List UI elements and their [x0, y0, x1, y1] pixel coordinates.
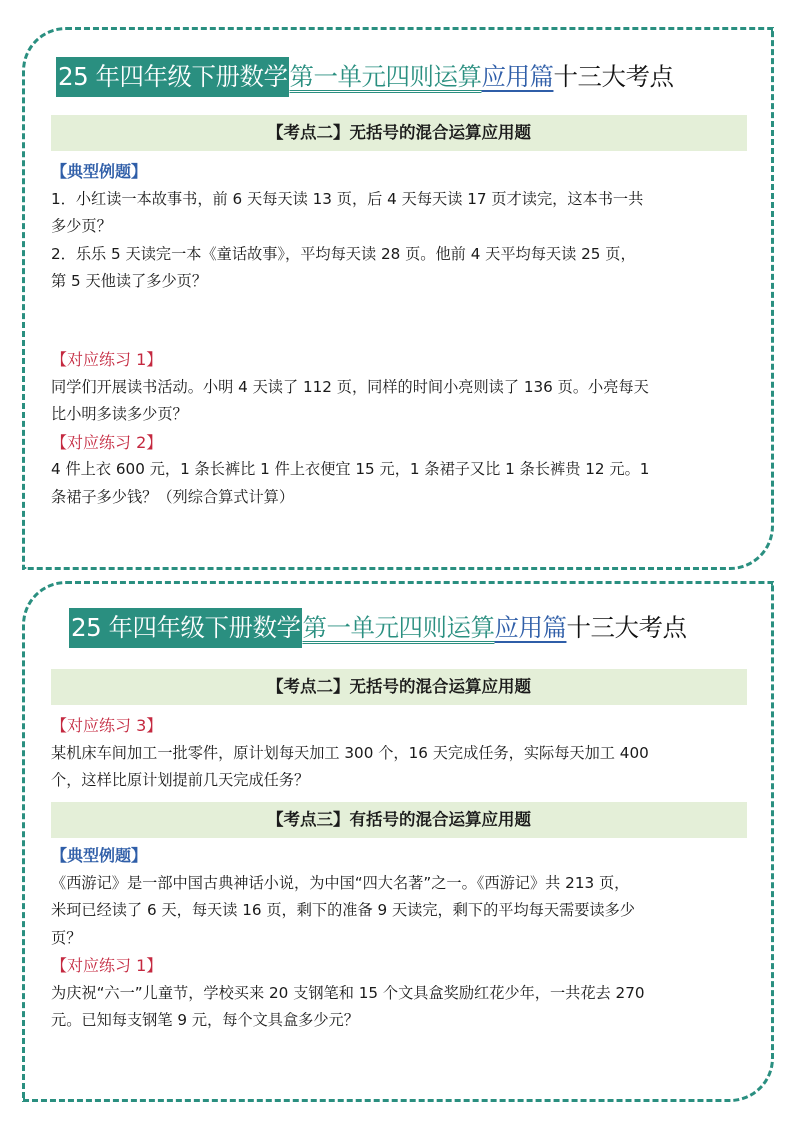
page-title: 25 年四年级下册数学第一单元四则运算应用篇十三大考点: [56, 57, 673, 97]
practice-1-label: 【对应练习 1】: [51, 346, 751, 374]
example-line: 页？: [51, 925, 751, 953]
title-highlight: 25 年四年级下册数学: [56, 57, 289, 97]
example-label: 【典型例题】: [51, 158, 751, 186]
practice-3-label: 【对应练习 3】: [51, 712, 751, 740]
title-application: 应用篇: [494, 613, 566, 642]
practice-line: 元。已知每支钢笔 9 元，每个文具盒多少元？: [51, 1007, 751, 1035]
title-unit: 第一单元四则运算: [289, 62, 481, 91]
example-line: 2．乐乐 5 天读完一本《童话故事》，平均每天读 28 页。他前 4 天平均每天…: [51, 241, 751, 269]
practice-line: 个，这样比原计划提前几天完成任务？: [51, 767, 751, 795]
example-line: 米珂已经读了 6 天，每天读 16 页，剩下的准备 9 天读完，剩下的平均每天需…: [51, 897, 751, 925]
example-line: 《西游记》是一部中国古典神话小说，为中国“四大名著”之一。《西游记》共 213 …: [51, 870, 751, 898]
practice-1-label: 【对应练习 1】: [51, 952, 751, 980]
title-highlight: 25 年四年级下册数学: [69, 608, 302, 648]
section-band-kaodian-2: 【考点二】无括号的混合运算应用题: [51, 669, 747, 705]
practice-line: 为庆祝“六一”儿童节，学校买来 20 支钢笔和 15 个文具盒奖励红花少年，一共…: [51, 980, 751, 1008]
practice-line: 比小明多读多少页？: [51, 401, 751, 429]
example-label: 【典型例题】: [51, 842, 751, 870]
title-points: 十三大考点: [566, 613, 686, 642]
practice-line: 某机床车间加工一批零件，原计划每天加工 300 个，16 天完成任务，实际每天加…: [51, 740, 751, 768]
title-unit: 第一单元四则运算: [302, 613, 494, 642]
worksheet-card-2: 25 年四年级下册数学第一单元四则运算应用篇十三大考点 【考点二】无括号的混合运…: [22, 581, 774, 1102]
example-line: 第 5 天他读了多少页？: [51, 268, 751, 296]
title-points: 十三大考点: [553, 62, 673, 91]
section-band-kaodian-3: 【考点三】有括号的混合运算应用题: [51, 802, 747, 838]
example-section: 【典型例题】 《西游记》是一部中国古典神话小说，为中国“四大名著”之一。《西游记…: [51, 842, 751, 1035]
practice-line: 条裙子多少钱？（列综合算式计算）: [51, 484, 751, 512]
example-section: 【典型例题】 1．小红读一本故事书，前 6 天每天读 13 页，后 4 天每天读…: [51, 158, 751, 296]
section-band-kaodian-2: 【考点二】无括号的混合运算应用题: [51, 115, 747, 151]
worksheet-card-1: 25 年四年级下册数学第一单元四则运算应用篇十三大考点 【考点二】无括号的混合运…: [22, 27, 774, 570]
page-title: 25 年四年级下册数学第一单元四则运算应用篇十三大考点: [69, 608, 686, 648]
practice-3-section: 【对应练习 3】 某机床车间加工一批零件，原计划每天加工 300 个，16 天完…: [51, 712, 751, 795]
title-application: 应用篇: [481, 62, 553, 91]
practice-line: 同学们开展读书活动。小明 4 天读了 112 页，同样的时间小亮则读了 136 …: [51, 374, 751, 402]
practice-line: 4 件上衣 600 元，1 条长裤比 1 件上衣便宜 15 元，1 条裙子又比 …: [51, 456, 751, 484]
practice-1-section: 【对应练习 1】 同学们开展读书活动。小明 4 天读了 112 页，同样的时间小…: [51, 346, 751, 511]
example-line: 1．小红读一本故事书，前 6 天每天读 13 页，后 4 天每天读 17 页才读…: [51, 186, 751, 214]
practice-2-label: 【对应练习 2】: [51, 429, 751, 457]
example-line: 多少页？: [51, 213, 751, 241]
